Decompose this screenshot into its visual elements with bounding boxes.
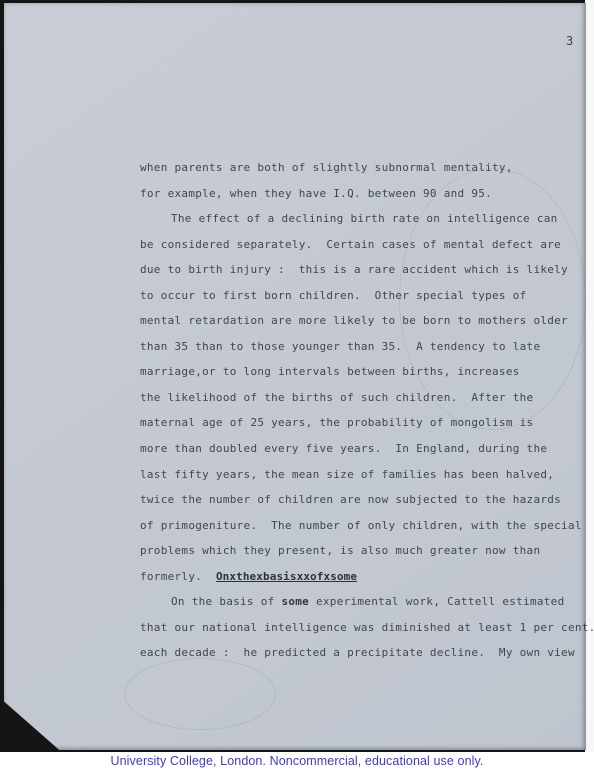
line-text: The effect of a declining birth rate on …: [171, 212, 558, 225]
line-text: to occur to first born children. Other s…: [140, 289, 527, 302]
typewritten-line: of primogeniture. The number of only chi…: [140, 513, 585, 539]
line-text: be considered separately. Certain cases …: [140, 238, 561, 251]
line-text: maternal age of 25 years, the probabilit…: [140, 416, 533, 429]
typewritten-line: for example, when they have I.Q. between…: [140, 181, 585, 207]
scan-edge-margin: [585, 0, 594, 752]
line-text: the likelihood of the births of such chi…: [140, 391, 533, 404]
typewritten-line: last fifty years, the mean size of famil…: [140, 462, 585, 488]
typewritten-line: maternal age of 25 years, the probabilit…: [140, 410, 585, 436]
footer-credit: University College, London. Noncommercia…: [110, 754, 483, 768]
typewritten-line: formerly. Onxthexbasisxxofxsome: [140, 564, 585, 590]
line-text: problems which they present, is also muc…: [140, 544, 540, 557]
typewritten-line: each decade : he predicted a precipitate…: [140, 640, 585, 666]
line-text: twice the number of children are now sub…: [140, 493, 561, 506]
typewritten-line: twice the number of children are now sub…: [140, 487, 585, 513]
line-text: each decade : he predicted a precipitate…: [140, 646, 575, 659]
line-text: On the basis of: [171, 595, 281, 608]
line-text: due to birth injury : this is a rare acc…: [140, 263, 568, 276]
overtyped-word: some: [281, 595, 309, 608]
typewritten-line: mental retardation are more likely to be…: [140, 308, 585, 334]
document-body: when parents are both of slightly subnor…: [140, 155, 585, 666]
typewritten-line: problems which they present, is also muc…: [140, 538, 585, 564]
typewritten-line: the likelihood of the births of such chi…: [140, 385, 585, 411]
line-text: for example, when they have I.Q. between…: [140, 187, 492, 200]
page-number: 3: [566, 34, 574, 48]
line-text: formerly.: [140, 570, 216, 583]
line-text: last fifty years, the mean size of famil…: [140, 468, 554, 481]
typewritten-line: than 35 than to those younger than 35. A…: [140, 334, 585, 360]
typewritten-line: more than doubled every five years. In E…: [140, 436, 585, 462]
typewritten-line: On the basis of some experimental work, …: [140, 589, 585, 615]
line-text: when parents are both of slightly subnor…: [140, 161, 513, 174]
line-text: marriage,or to long intervals between bi…: [140, 365, 520, 378]
typewritten-line: due to birth injury : this is a rare acc…: [140, 257, 585, 283]
line-text: mental retardation are more likely to be…: [140, 314, 568, 327]
line-text: of primogeniture. The number of only chi…: [140, 519, 582, 532]
line-text: experimental work, Cattell estimated: [309, 595, 564, 608]
typewritten-line: to occur to first born children. Other s…: [140, 283, 585, 309]
line-text: that our national intelligence was dimin…: [140, 621, 594, 634]
line-text: than 35 than to those younger than 35. A…: [140, 340, 540, 353]
overstruck-text: Onxthexbasisxxofxsome: [216, 570, 357, 583]
typewritten-line: The effect of a declining birth rate on …: [140, 206, 585, 232]
footer-strip: University College, London. Noncommercia…: [0, 752, 594, 770]
typewritten-line: when parents are both of slightly subnor…: [140, 155, 585, 181]
line-text: more than doubled every five years. In E…: [140, 442, 547, 455]
typewritten-line: marriage,or to long intervals between bi…: [140, 359, 585, 385]
typewritten-line: be considered separately. Certain cases …: [140, 232, 585, 258]
embossed-stamp: [124, 658, 276, 730]
typewritten-line: that our national intelligence was dimin…: [140, 615, 585, 641]
